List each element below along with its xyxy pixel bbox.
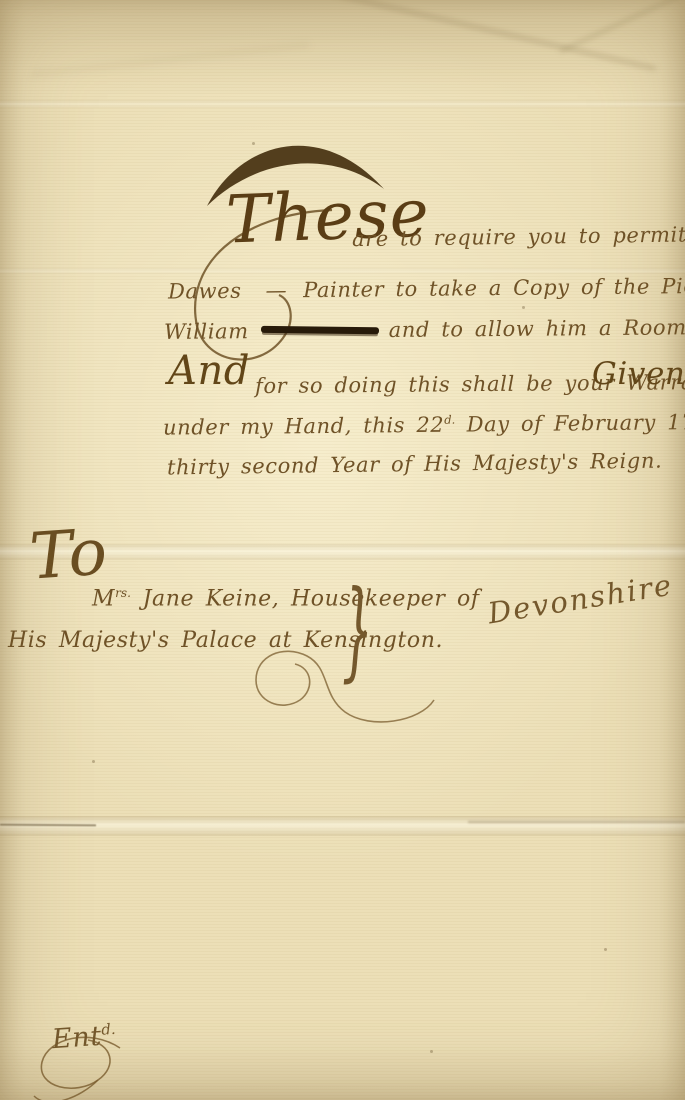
horizontal-crease — [0, 268, 685, 274]
diagonal-crease — [334, 0, 656, 70]
address-recipient: Jane Keine, Housekeeper of — [143, 586, 480, 611]
horizontal-crease — [0, 100, 685, 108]
foxing-spot — [522, 306, 525, 309]
signature-devonshire: Devonshire — [485, 568, 675, 631]
fold-crease-dark-line — [0, 824, 96, 827]
endorsement-tail-flourish — [34, 1080, 98, 1100]
line2-text: Painter to take a Copy of the Picture of… — [303, 272, 685, 302]
line3-start: William — [164, 319, 249, 344]
line5-date: Day of February 1759. In the — [467, 409, 685, 437]
right-edge-shadow — [659, 0, 685, 1100]
fold-crease-dark-line — [468, 821, 685, 823]
foxing-spot — [430, 1050, 433, 1053]
address-line-2: His Majesty's Palace at Kensington. — [8, 628, 443, 653]
body-line-2: Dawes—Painter to take a Copy of the Pict… — [168, 272, 685, 303]
left-edge-shadow — [0, 0, 26, 1100]
foxing-spot — [252, 142, 255, 145]
curly-brace: } — [342, 568, 373, 693]
body-line-3: Williamand to allow him a Room to paint … — [164, 314, 685, 344]
superscript-rs: rs. — [115, 586, 131, 600]
body-line-5: under my Hand, this 22d. Day of February… — [163, 408, 685, 439]
endorsement-entd: Entd. — [51, 1020, 117, 1055]
diagonal-crease — [559, 0, 685, 53]
top-edge-shadow — [0, 0, 685, 95]
painter-name: Dawes — [168, 279, 242, 304]
address-line-1: Mrs. Jane Keine, Housekeeper of — [92, 586, 480, 611]
word-and: And — [168, 348, 250, 394]
body-line-6: thirty second Year of His Majesty's Reig… — [167, 449, 663, 480]
foxing-spot — [604, 948, 607, 951]
diagonal-crease — [31, 43, 310, 75]
line1-text: are to require you to permit M — [352, 222, 685, 251]
bottom-edge-shadow — [0, 1045, 685, 1100]
line3-rest: and to allow him a Room to paint in. — [389, 314, 685, 342]
mrs-abbrev: M — [92, 586, 115, 611]
foxing-spot — [92, 760, 95, 763]
dash-mark: — — [265, 278, 287, 302]
superscript-d: d. — [444, 413, 455, 427]
endorsement-superscript-d: d. — [101, 1020, 116, 1039]
fold-crease — [0, 816, 685, 836]
endorsement-word: Ent — [51, 1021, 103, 1055]
address-to-word: To — [28, 515, 110, 594]
word-given: Given — [592, 356, 685, 392]
inked-out-word — [261, 326, 379, 334]
manuscript-page: These are to require you to permit Mr. P… — [0, 0, 685, 1100]
line5-start: under my Hand, this 22 — [163, 413, 445, 440]
